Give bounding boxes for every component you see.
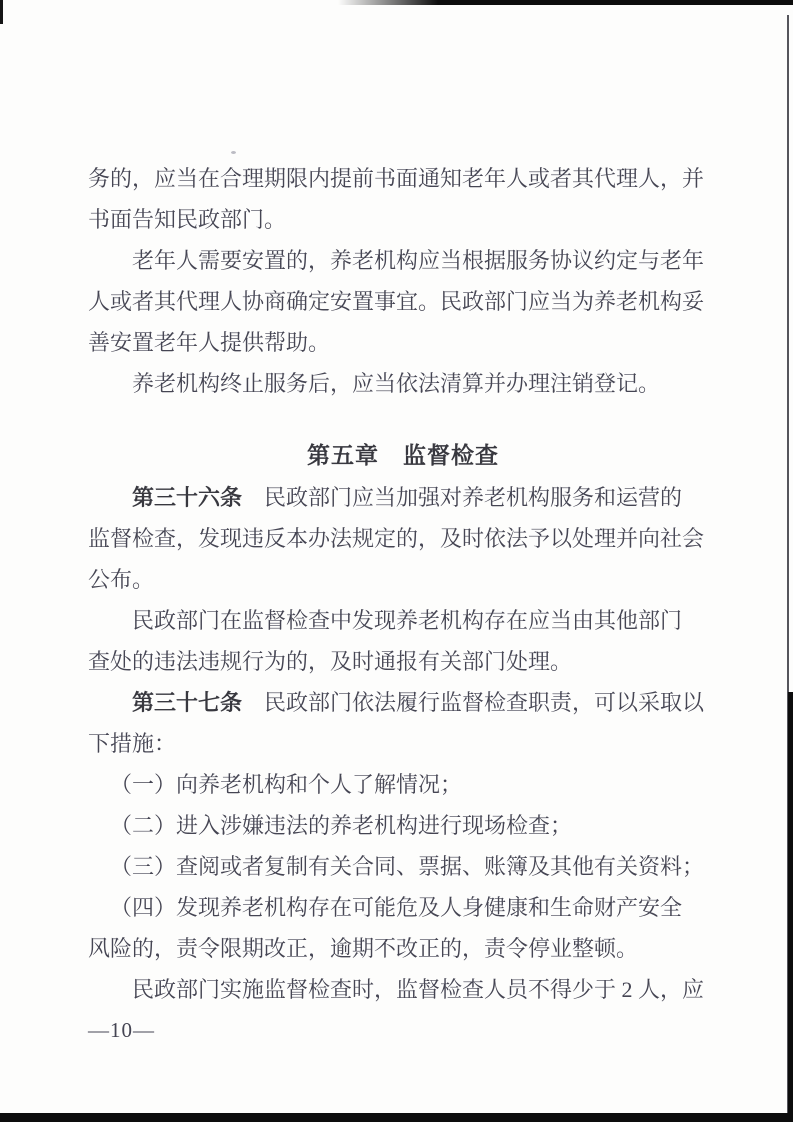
text-line: 风险的，责令限期改正，逾期不改正的，责令停业整顿。	[88, 928, 718, 969]
text-line: 民政部门在监督检查中发现养老机构存在应当由其他部门	[88, 600, 718, 641]
article-number: 第三十六条	[132, 485, 242, 510]
text-line: 人或者其代理人协商确定安置事宜。民政部门应当为养老机构妥	[88, 281, 718, 322]
scan-artifact-right-edge-dark	[788, 692, 793, 1122]
scan-artifact-top-edge	[338, 0, 793, 5]
text-line: （二）进入涉嫌违法的养老机构进行现场检查；	[88, 805, 718, 846]
page-number: —10—	[88, 1017, 155, 1043]
text-line: 养老机构终止服务后，应当依法清算并办理注销登记。	[88, 363, 718, 404]
text-line: （一）向养老机构和个人了解情况；	[88, 764, 718, 805]
text-line: （三）查阅或者复制有关合同、票据、账簿及其他有关资料；	[88, 846, 718, 887]
text-line: 务的，应当在合理期限内提前书面通知老年人或者其代理人，并	[88, 158, 718, 199]
text-line: 第三十六条 民政部门应当加强对养老机构服务和运营的	[88, 477, 718, 518]
text-line: 老年人需要安置的，养老机构应当根据服务协议约定与老年	[88, 240, 718, 281]
document-body: 务的，应当在合理期限内提前书面通知老年人或者其代理人，并书面告知民政部门。老年人…	[88, 158, 718, 1010]
text-line: 监督检查，发现违反本办法规定的，及时依法予以处理并向社会	[88, 518, 718, 559]
scan-artifact-bottom-edge	[0, 1113, 793, 1122]
article-number: 第三十七条	[132, 690, 242, 715]
text-line: 书面告知民政部门。	[88, 199, 718, 240]
text-line: 下措施：	[88, 723, 718, 764]
scan-artifact-top-left-corner	[0, 0, 3, 24]
text-line: 查处的违法违规行为的，及时通报有关部门处理。	[88, 641, 718, 682]
text-line: （四）发现养老机构存在可能危及人身健康和生命财产安全	[88, 887, 718, 928]
scan-speck	[231, 151, 236, 154]
text-line: 第三十七条 民政部门依法履行监督检查职责，可以采取以	[88, 682, 718, 723]
text-line: 公布。	[88, 559, 718, 600]
chapter-heading: 第五章 监督检查	[88, 435, 718, 476]
text-line: 民政部门实施监督检查时，监督检查人员不得少于 2 人，应	[88, 969, 718, 1010]
document-page: 务的，应当在合理期限内提前书面通知老年人或者其代理人，并书面告知民政部门。老年人…	[0, 0, 793, 1122]
text-line: 善安置老年人提供帮助。	[88, 322, 718, 363]
